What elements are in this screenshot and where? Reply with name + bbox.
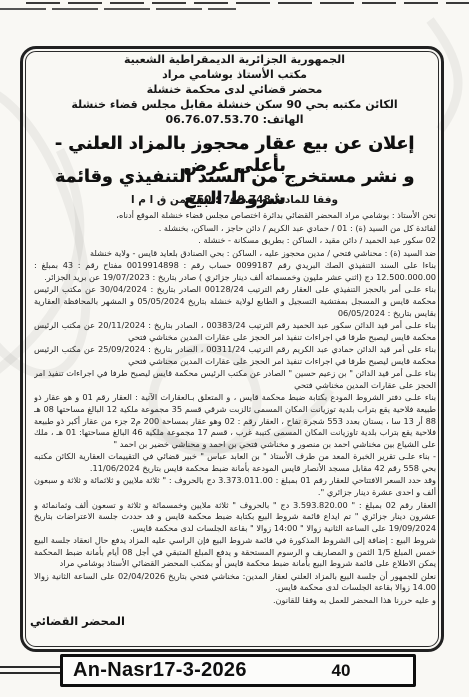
scanned-legal-notice-page: الجمهورية الجزائرية الديمقراطية الشعبيةم…: [0, 0, 469, 697]
letterhead-line: مكتب الأستاذ بوشامي مراد: [40, 67, 429, 82]
publication-reference-bar: An-Nasr17-3-2026 40: [60, 654, 416, 687]
letterhead: الجمهورية الجزائرية الديمقراطية الشعبيةم…: [40, 52, 429, 127]
bailiff-signature-label: المحضر القضائي: [30, 614, 125, 628]
scan-artifact-line-second: [0, 8, 236, 10]
body-paragraph: ضد السيد (ة) : محناشي فتحي / مدين محجوز …: [34, 248, 436, 260]
body-paragraph: وقد حدد السعر الافتتاحي للعقار رقم 01 بم…: [34, 475, 436, 498]
body-paragraph: 02 سكور عبد الحميد / دائن مقيد ، الساكن …: [34, 235, 436, 247]
body-paragraph: بناء علـى أمر قيد الدائن سكور عبد الحميد…: [34, 320, 436, 343]
scan-artifact-line-top: [26, 2, 469, 4]
body-paragraph: بناءا على السند التنفيذي الصك البريدي رق…: [34, 260, 436, 283]
letterhead-line: محضر قضائي لدى محكمة خنشلة: [40, 82, 429, 97]
body-paragraph: بناء علـى دفتر الشروط المودع بكتابة ضبط …: [34, 392, 436, 450]
page-number: 40: [311, 661, 371, 681]
letterhead-line: الكائن مكتبه بحي 90 سكن خنشلة مقابل مجلس…: [40, 97, 429, 112]
body-paragraph: و عليه حررنا هذا المحضر للعمل به وفقا لل…: [34, 595, 436, 607]
legal-basis-line: وفقا للمادة: 749.748 ؛ 750 من ق ا م ا: [60, 194, 409, 206]
body-paragraph: نحن الأستاذ : بوشامي مراد المحضر القضائي…: [34, 210, 436, 222]
body-paragraph: بناء علـى أمر بالحجز التنفيذي على العقار…: [34, 284, 436, 319]
notice-body-text: نحن الأستاذ : بوشامي مراد المحضر القضائي…: [34, 210, 436, 612]
body-paragraph: نعلن للجمهور أن جلسة البيع بالمزاد العلن…: [34, 571, 436, 594]
body-paragraph: لفائدة كل من السيد (ة) : 01 / حمادي عبد …: [34, 223, 436, 235]
body-paragraph: العقار رقم 02 بمبلغ : " 3.593.820.00 دج …: [34, 500, 436, 535]
body-paragraph: بناء على أمر قيد الدائن حمادي عبد الكريم…: [34, 344, 436, 367]
letterhead-line: الجمهورية الجزائرية الديمقراطية الشعبية: [40, 52, 429, 67]
footer-rule-top: [0, 666, 62, 668]
letterhead-line: الهاتف: 06.76.07.53.70: [40, 112, 429, 127]
footer-rule-bottom: [0, 672, 62, 674]
body-paragraph: - بناء علـى تقرير الخبرة المعد من طرف ال…: [34, 451, 436, 474]
body-paragraph: شروط البيع : إضافة إلى الشروط المذكورة ف…: [34, 535, 436, 570]
body-paragraph: بناء علـى أمر قيد الدائن " بن زعيم حسين …: [34, 368, 436, 391]
publication-reference: An-Nasr17-3-2026: [63, 659, 247, 682]
